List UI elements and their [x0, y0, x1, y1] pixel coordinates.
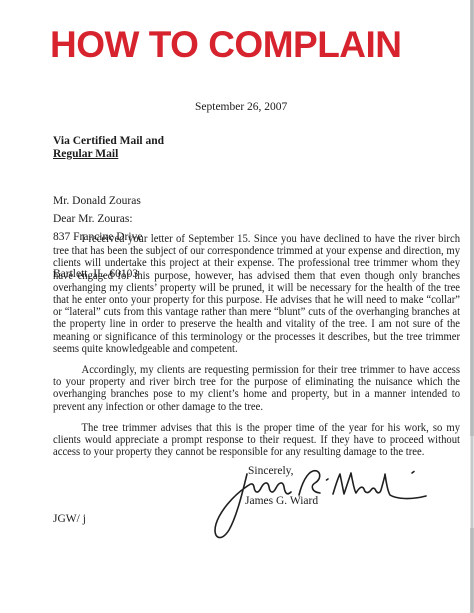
- signature-handwriting-icon: [213, 468, 433, 553]
- scrollbar[interactable]: [470, 0, 474, 613]
- page-title: HOW TO COMPLAIN: [50, 26, 402, 63]
- delivery-line-1: Via Certified Mail and: [53, 135, 164, 148]
- signature-typed-name: James G. Wiard: [245, 495, 318, 507]
- recipient-name: Mr. Donald Zouras: [53, 195, 142, 207]
- letter-date: September 26, 2007: [195, 101, 287, 113]
- body-paragraph: I received your letter of September 15. …: [53, 233, 460, 355]
- reference-initials: JGW/ j: [53, 513, 86, 525]
- salutation: Dear Mr. Zouras:: [53, 213, 133, 225]
- body-paragraph: Accordingly, my clients are requesting p…: [53, 364, 460, 413]
- scrollbar-rail: [471, 0, 473, 613]
- letter-body: I received your letter of September 15. …: [53, 233, 460, 467]
- delivery-line-2: Regular Mail: [53, 148, 164, 161]
- body-paragraph: The tree trimmer advises that this is th…: [53, 422, 460, 459]
- delivery-method: Via Certified Mail and Regular Mail: [53, 135, 164, 160]
- letter-page: HOW TO COMPLAIN September 26, 2007 Via C…: [0, 0, 474, 613]
